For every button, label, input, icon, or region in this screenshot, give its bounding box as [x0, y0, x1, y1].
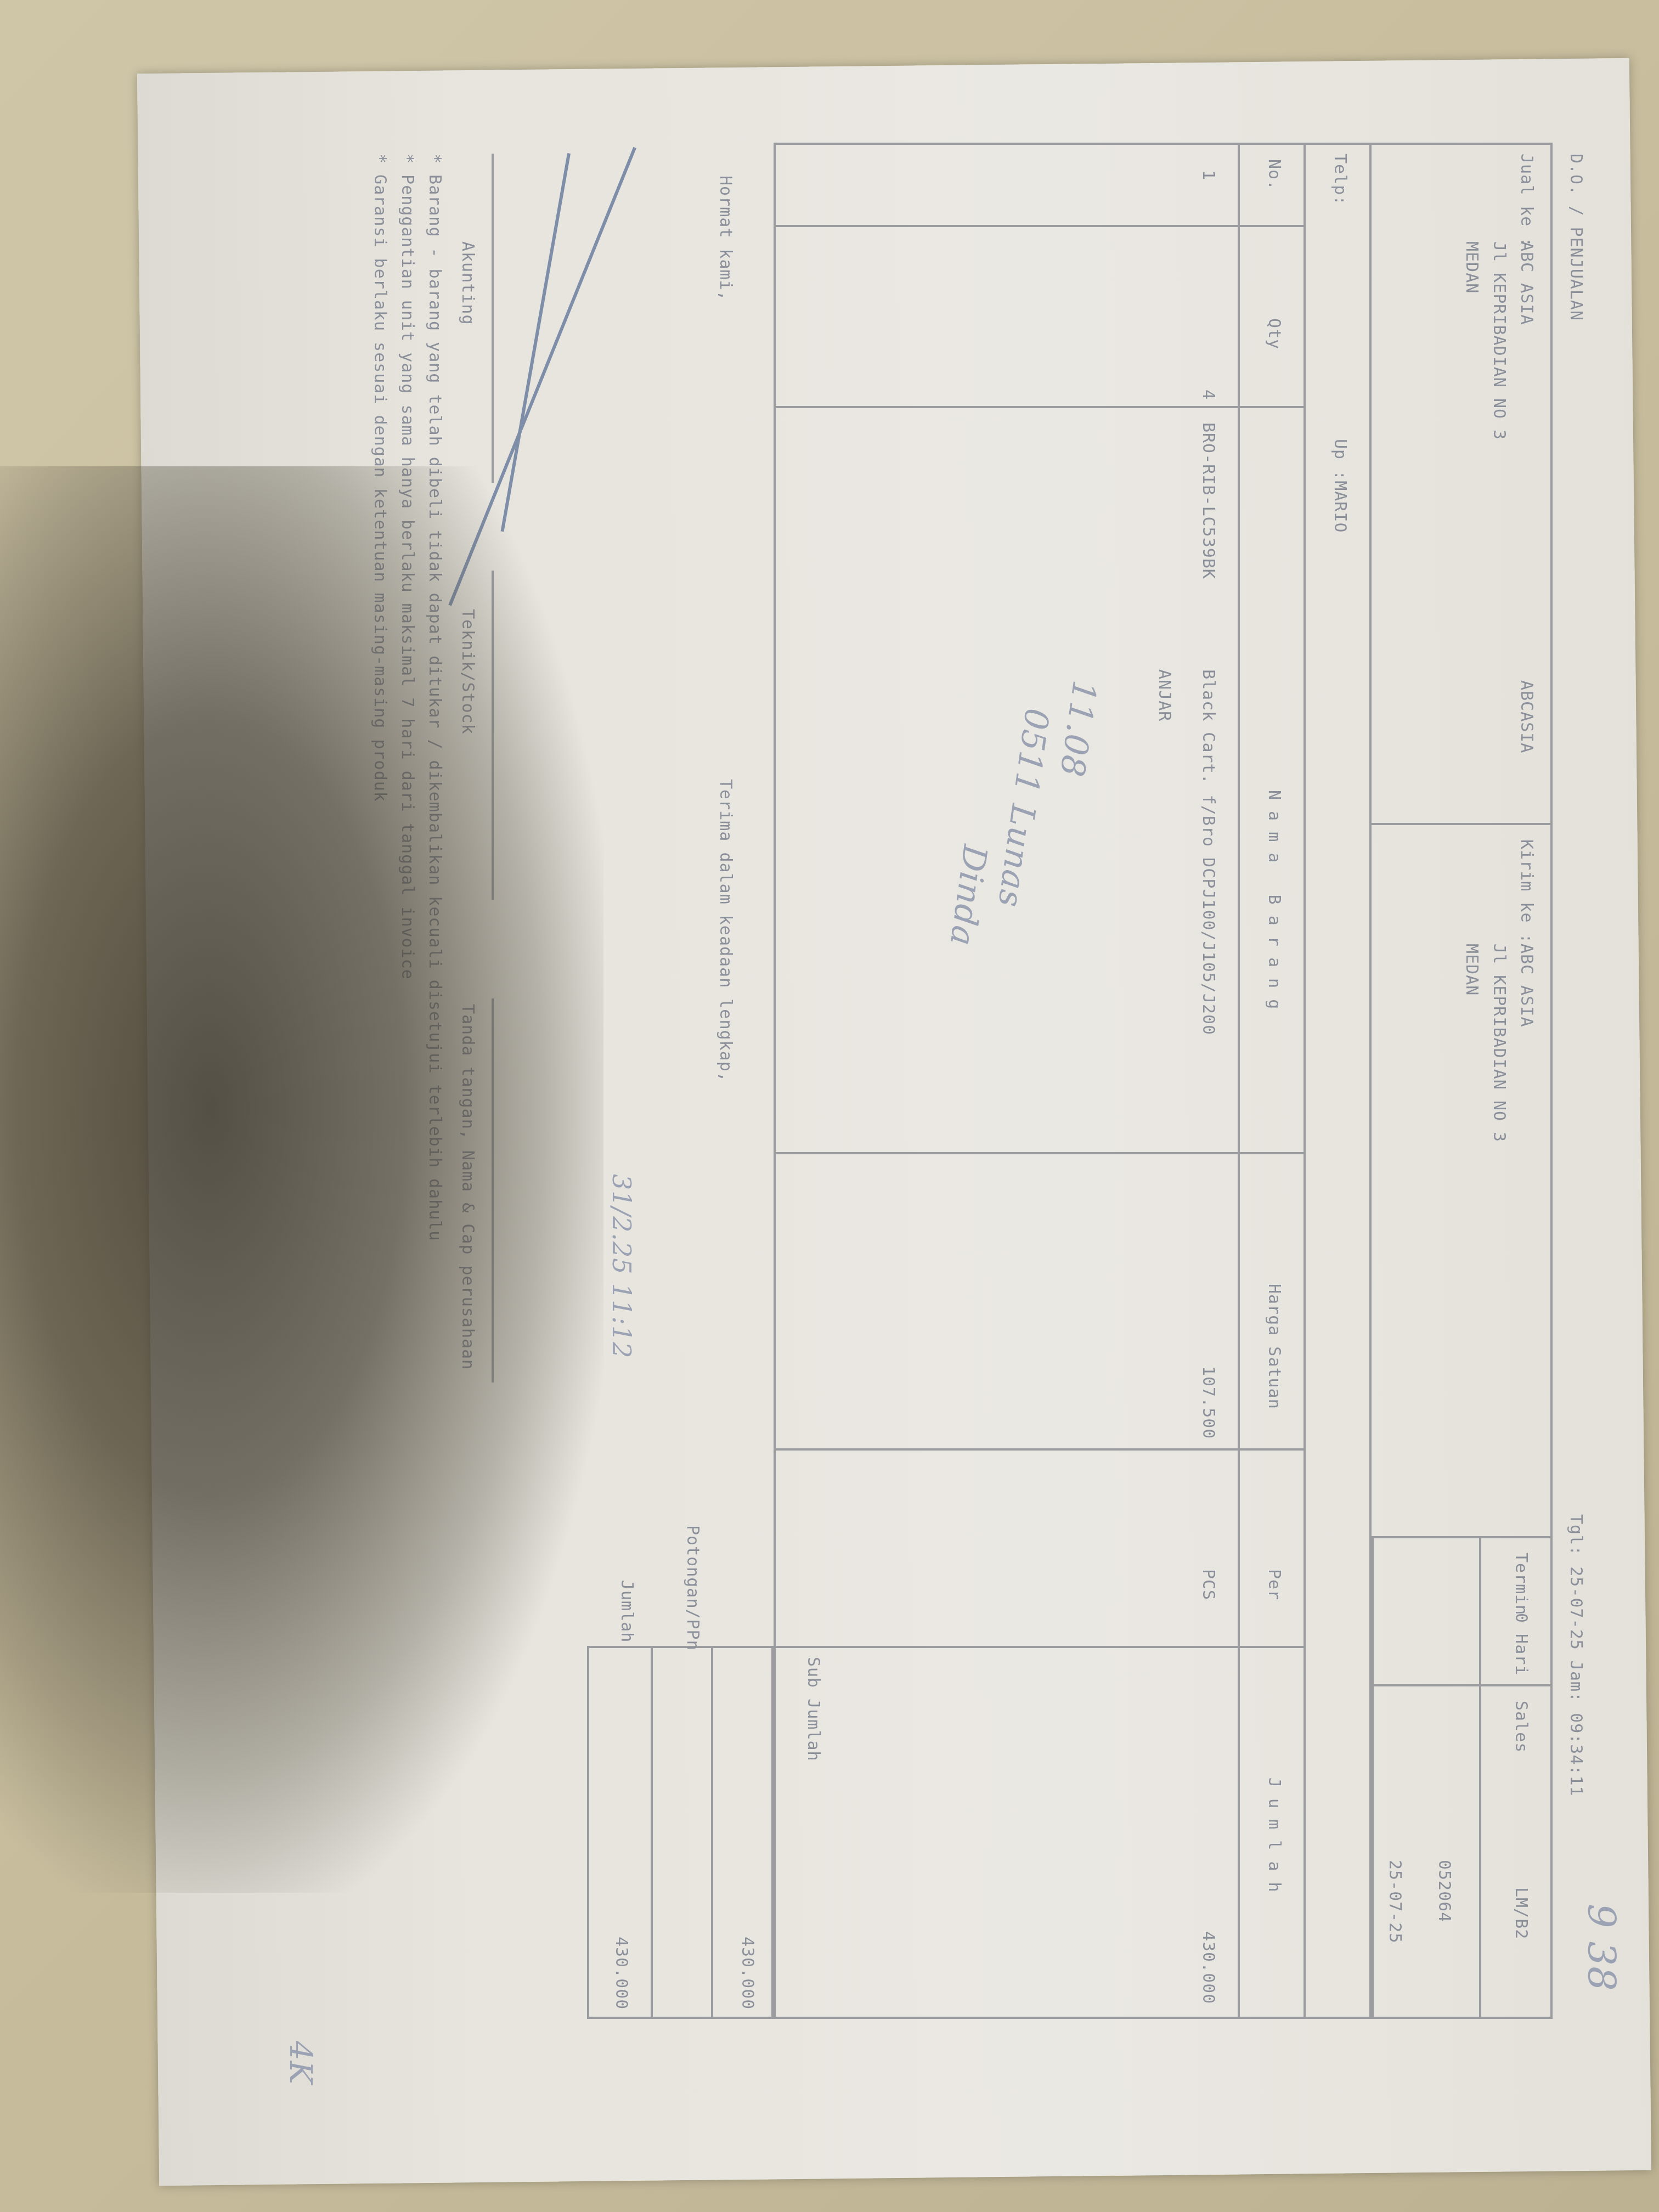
corner-mark: 4K: [283, 2041, 318, 2084]
row-1-name: Black Cart. f/Bro DCPJ100/J105/J200: [1199, 669, 1218, 1035]
row-1-per: PCS: [1199, 1569, 1218, 1600]
sold-to-name: ABC ASIA: [1517, 241, 1536, 325]
note-1: * Barang - barang yang telah dibeli tida…: [425, 154, 444, 1241]
subtotal-label: Sub Jumlah: [804, 1657, 823, 1762]
received-handwritten: 31/2.25 11:12: [607, 1174, 636, 1359]
sales-label: Sales: [1511, 1701, 1531, 1753]
note-3: * Garansi berlaku sesuai dengan ketentua…: [370, 154, 390, 802]
total-label: Jumlah: [617, 1580, 636, 1643]
row-1-amount: 430.000: [1199, 1931, 1218, 2004]
doc-number: 052064: [1435, 1860, 1454, 1922]
signature-technical: Teknik/Stock: [458, 609, 477, 735]
sales-value: LM/B2: [1511, 1887, 1531, 1939]
discount-label: Potongan/PPn: [683, 1525, 702, 1651]
received-text: Terima dalam keadaan lengkap,: [716, 779, 735, 1082]
total-value: 430.000: [612, 1937, 631, 2010]
signature-scribble: [448, 147, 636, 606]
col-header-no: No.: [1265, 159, 1284, 190]
row-1-no: 1: [1199, 170, 1218, 180]
attention: Up :MARIO: [1330, 439, 1350, 533]
signature-accounting: Akunting: [458, 241, 477, 325]
signature-scribble-2: [501, 153, 571, 532]
row-1-unit-price: 107.500: [1199, 1366, 1218, 1439]
row-1-note: ANJAR: [1155, 669, 1174, 721]
sold-to-label: Jual ke :: [1517, 154, 1536, 248]
col-header-amount: J u m l a h: [1265, 1778, 1284, 1893]
subtotal-value: 430.000: [738, 1937, 757, 2010]
row-1-code: BRO-RIB-LC539BK: [1199, 422, 1218, 579]
col-header-item-name: N a m a B a r a n g: [1265, 790, 1284, 1009]
document-title: D.O. / PENJUALAN: [1566, 154, 1585, 321]
ship-to-city: MEDAN: [1462, 944, 1481, 996]
handwritten-number: 9 38: [1579, 1904, 1624, 1991]
doc-date: 25-07-25: [1385, 1860, 1404, 1944]
delivery-order-document: 9 38 D.O. / PENJUALAN Tgl: 25-07-25 Jam:…: [208, 132, 1591, 2079]
ship-to-label: Kirim ke :: [1517, 839, 1536, 944]
row-1-qty: 4: [1199, 390, 1218, 400]
col-header-qty: Qty: [1265, 318, 1284, 349]
termin-label: Termin: [1511, 1553, 1531, 1615]
col-header-per: Per: [1265, 1569, 1284, 1600]
ship-to-address: Jl KEPRIBADIAN NO 3: [1489, 944, 1509, 1142]
sold-to-code: ABCASIA: [1517, 680, 1536, 753]
regards-text: Hormat kami,: [716, 176, 735, 301]
col-header-unit-price: Harga Satuan: [1265, 1284, 1284, 1409]
signature-company: Tanda tangan, Nama & Cap perusahaan: [458, 1004, 477, 1370]
sold-to-address: Jl KEPRIBADIAN NO 3: [1489, 241, 1509, 440]
termin-value: 0 Hari: [1511, 1613, 1531, 1675]
document-date-time: Tgl: 25-07-25 Jam: 09:34:11: [1566, 1514, 1585, 1797]
note-2: * Penggantian unit yang sama hanya berla…: [398, 154, 417, 980]
phone-label: Telp:: [1330, 154, 1350, 206]
ship-to-name: ABC ASIA: [1517, 944, 1536, 1028]
sold-to-city: MEDAN: [1462, 241, 1481, 294]
